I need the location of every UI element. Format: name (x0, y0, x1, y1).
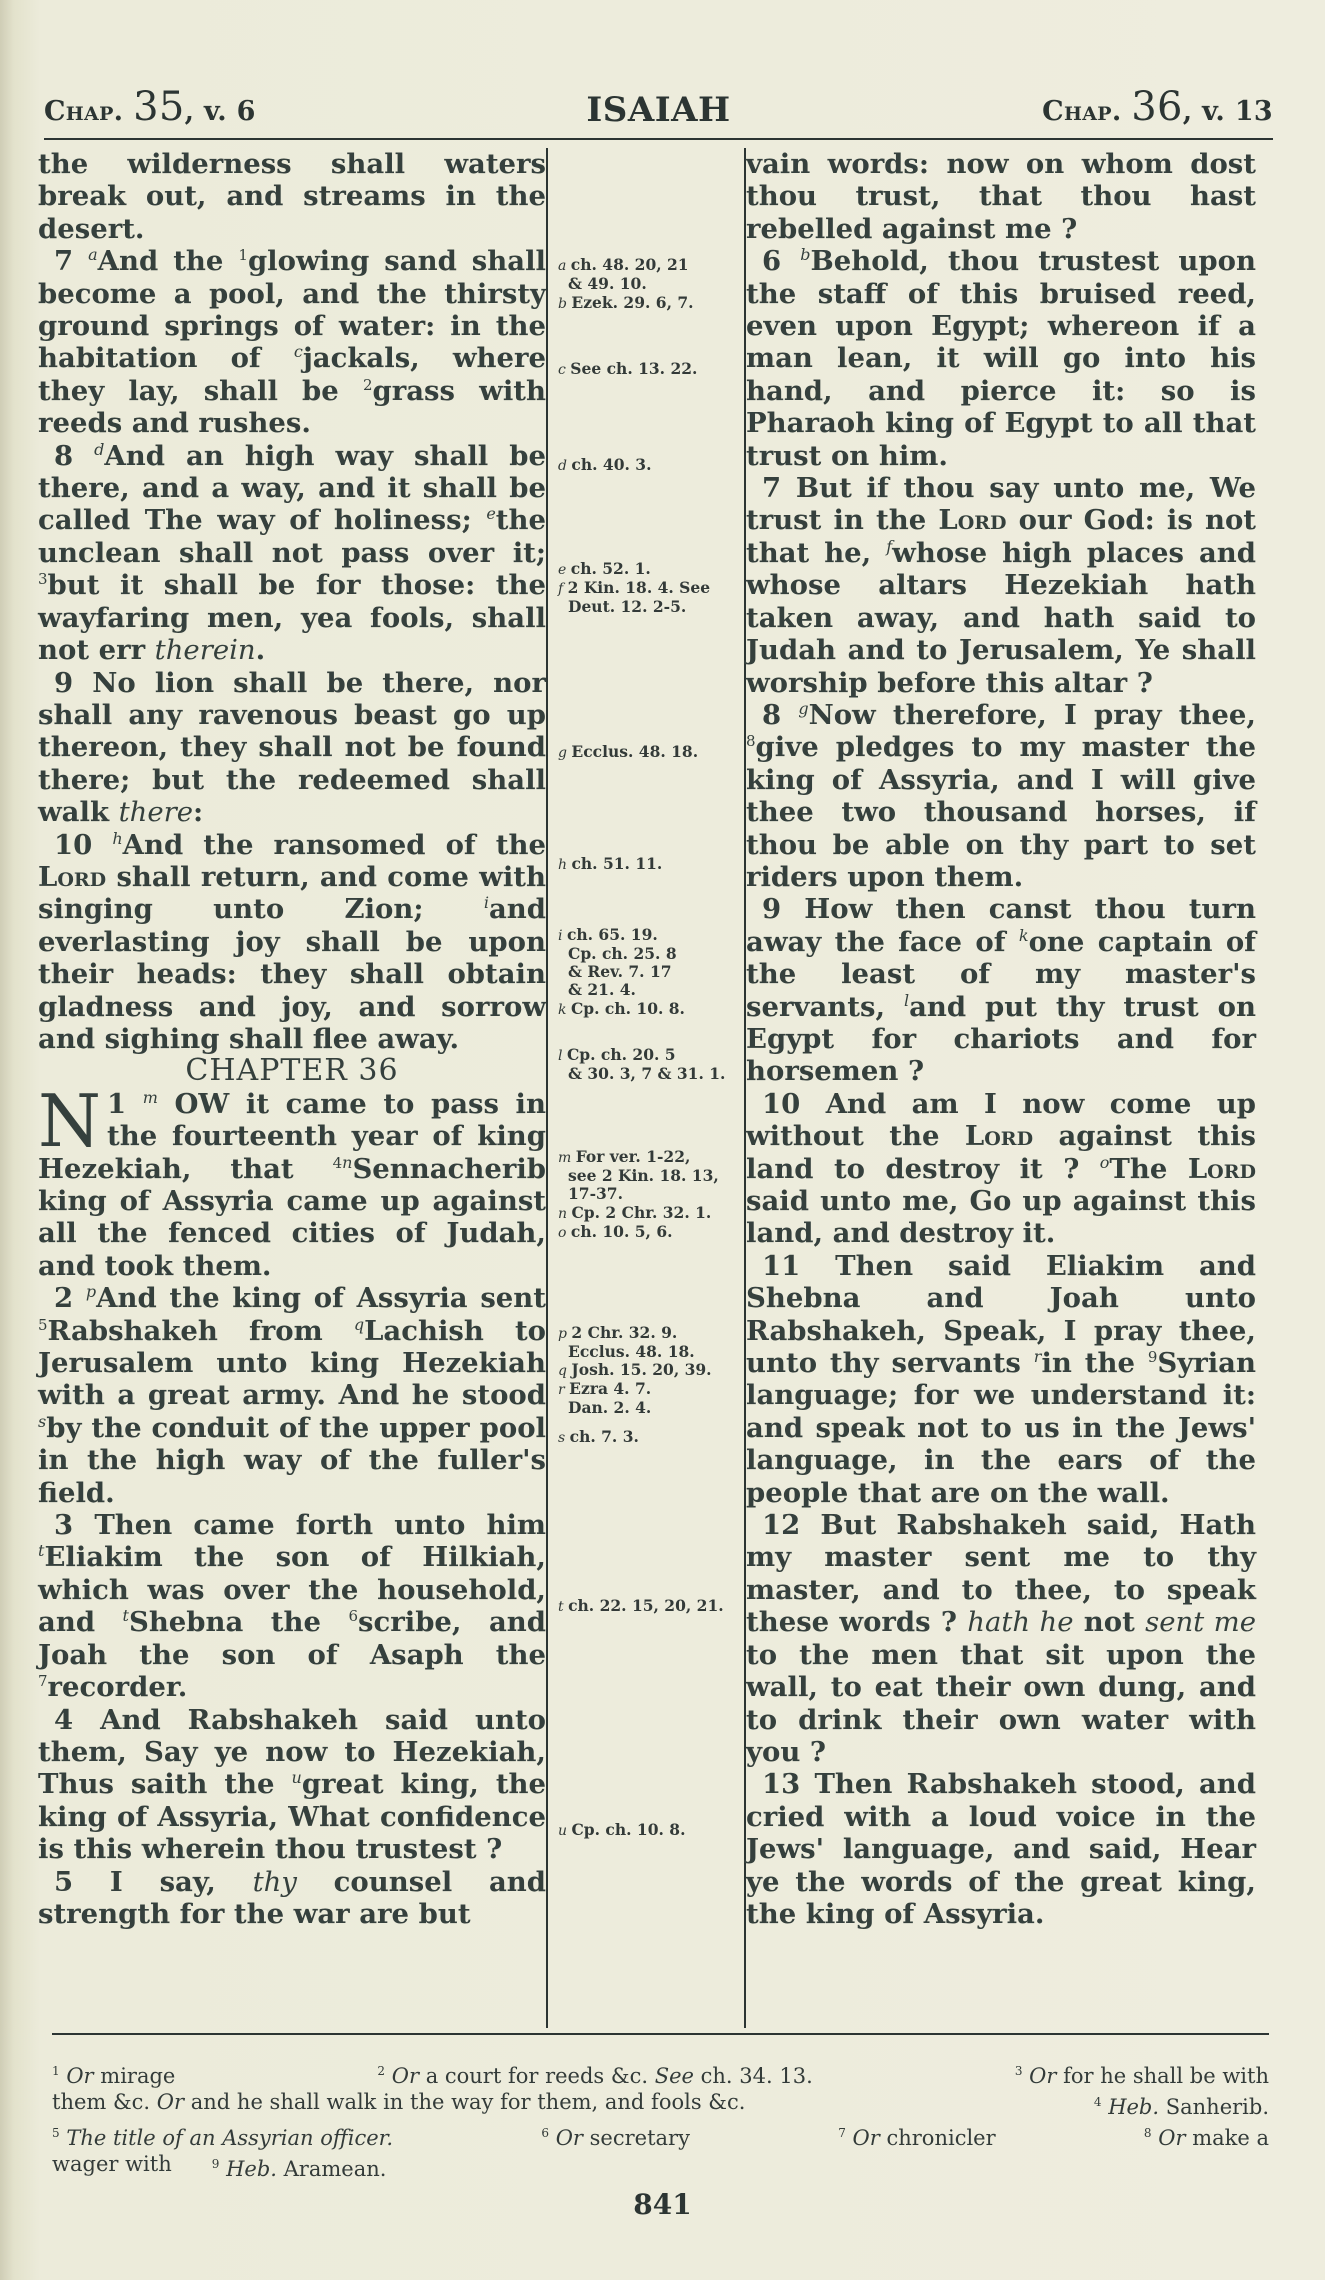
footnote-3-cont: them &c. Or and he shall walk in the way… (52, 2089, 745, 2120)
cross-reference-mark: r (558, 1382, 569, 1398)
cross-reference-mark: e (558, 562, 571, 578)
footnote-row: wager with 9 Heb. Aramean. (52, 2151, 1269, 2182)
cross-reference: i ch. 65. 19.Cp. ch. 25. 8& Rev. 7. 17& … (558, 926, 740, 999)
verse-35-7: 7 aAnd the 1glowing sand shall become a … (38, 245, 546, 439)
cross-reference: k Cp. ch. 10. 8. (558, 1000, 740, 1019)
chapter-number: 36 (1131, 84, 1183, 130)
verse-35-9: 9 No lion shall be there, nor shall any … (38, 667, 546, 829)
cross-reference-mark: f (558, 581, 568, 597)
cross-reference-mark: p (558, 1326, 571, 1342)
cross-reference: t ch. 22. 15, 20, 21. (558, 1597, 740, 1616)
cross-reference-mark: m (558, 1150, 576, 1166)
cross-reference-mark: t (558, 1599, 568, 1615)
verse-36-2: 2 pAnd the king of Assyria sent 5Rabshak… (38, 1282, 546, 1509)
chapter-prefix: Chap. (1042, 96, 1121, 127)
footnote-9: 9 Heb. Aramean. (212, 2151, 387, 2182)
drop-cap: N (38, 1092, 101, 1150)
verse-ref: v. 6 (204, 96, 256, 127)
book-title: ISAIAH (586, 90, 730, 130)
left-text-column: the wilderness shall waters break out, a… (38, 148, 546, 2028)
cross-reference: m For ver. 1-22,see 2 Kin. 18. 13,17-37. (558, 1148, 740, 1203)
verse-36-9: 9 How then canst thou turn away the face… (746, 893, 1256, 1087)
footnote-rule (52, 2033, 1269, 2035)
running-head-right: Chap. 36, v. 13 (1042, 84, 1273, 130)
verse-36-10: 10 And am I now come up without the Lord… (746, 1088, 1256, 1250)
cross-reference-mark: k (558, 1002, 571, 1018)
cross-reference: u Cp. ch. 10. 8. (558, 1821, 740, 1840)
verse-35-8: 8 dAnd an high way shall be there, and a… (38, 440, 546, 667)
cross-reference-mark: g (558, 745, 571, 761)
cross-reference-mark: h (558, 857, 571, 873)
footnote-row: 5 The title of an Assyrian officer. 6 Or… (52, 2120, 1269, 2151)
verse-35-10: 10 hAnd the ransomed of the Lord shall r… (38, 829, 546, 1056)
verse-36-3: 3 Then came forth unto him tEliakim the … (38, 1509, 546, 1703)
cross-reference-mark: l (558, 1048, 567, 1064)
running-head-left: Chap. 35, v. 6 (44, 84, 256, 130)
cross-reference: q Josh. 15. 20, 39. (558, 1361, 740, 1380)
cross-reference-mark: i (558, 928, 567, 944)
cross-reference-mark: b (558, 296, 571, 312)
verse-36-11: 11 Then said Eliakim and Shebna and Joah… (746, 1250, 1256, 1509)
cross-reference-mark: o (558, 1225, 571, 1241)
cross-reference-mark: q (558, 1363, 571, 1379)
cross-reference: r Ezra 4. 7.Dan. 2. 4. (558, 1380, 740, 1417)
cross-reference: s ch. 7. 3. (558, 1428, 740, 1447)
footnote-1: 1 Or mirage (52, 2058, 175, 2089)
cross-reference: g Ecclus. 48. 18. (558, 743, 740, 762)
cross-reference-mark: s (558, 1430, 570, 1446)
footnote-6: 6 Or secretary (541, 2120, 690, 2151)
cross-reference-mark: a (558, 258, 571, 274)
footnote-row: 1 Or mirage 2 Or a court for reeds &c. S… (52, 2058, 1269, 2089)
verse-36-7: 7 But if thou say unto me, We trust in t… (746, 472, 1256, 699)
cross-reference: e ch. 52. 1. (558, 560, 740, 579)
footnote-8: 8 Or make a (1144, 2120, 1269, 2151)
cross-reference: h ch. 51. 11. (558, 855, 740, 874)
verse-ref: v. 13 (1202, 96, 1273, 127)
footnote-3: 3 Or for he shall be with (1015, 2058, 1269, 2089)
footnote-row: them &c. Or and he shall walk in the way… (52, 2089, 1269, 2120)
cross-reference: f 2 Kin. 18. 4. SeeDeut. 12. 2-5. (558, 579, 740, 616)
cross-reference: p 2 Chr. 32. 9.Ecclus. 48. 18. (558, 1324, 740, 1361)
verse-36-13: 13 Then Rabshakeh stood, and cried with … (746, 1768, 1256, 1930)
cross-reference: o ch. 10. 5, 6. (558, 1223, 740, 1242)
running-head: Chap. 35, v. 6 ISAIAH Chap. 36, v. 13 (44, 78, 1273, 130)
cross-reference-mark: d (558, 458, 571, 474)
verse-continuation: the wilderness shall waters break out, a… (38, 148, 546, 245)
verse-36-5: 5 I say, thy counsel and strength for th… (38, 1866, 546, 1931)
verse-36-4: 4 And Rabshakeh said unto them, Say ye n… (38, 1704, 546, 1866)
bible-page: Chap. 35, v. 6 ISAIAH Chap. 36, v. 13 th… (0, 0, 1325, 2280)
cross-reference-column: a ch. 48. 20, 21& 49. 10.b Ezek. 29. 6, … (546, 148, 746, 2028)
verse-36-1: 1 m NOW it came to pass in the fourteent… (38, 1088, 546, 1282)
cross-reference: n Cp. 2 Chr. 32. 1. (558, 1204, 740, 1223)
cross-reference: c See ch. 13. 22. (558, 360, 740, 379)
cross-reference: d ch. 40. 3. (558, 456, 740, 475)
chapter-number: 35 (133, 84, 185, 130)
footnote-8-cont: wager with (52, 2151, 172, 2182)
verse-36-6: 6 bBehold, thou trustest upon the staff … (746, 245, 1256, 472)
chapter-prefix: Chap. (44, 96, 123, 127)
cross-reference: a ch. 48. 20, 21& 49. 10. (558, 256, 740, 293)
footnote-5: 5 The title of an Assyrian officer. (52, 2120, 393, 2151)
header-rule (44, 138, 1273, 140)
verse-36-12: 12 But Rabshakeh said, Hath my master se… (746, 1509, 1256, 1768)
footnotes: 1 Or mirage 2 Or a court for reeds &c. S… (52, 2058, 1269, 2182)
cross-reference-mark: c (558, 362, 570, 378)
verse-continuation: vain words: now on whom dost thou trust,… (746, 148, 1256, 245)
cross-reference-mark: u (558, 1823, 571, 1839)
right-text-column: vain words: now on whom dost thou trust,… (746, 148, 1256, 2028)
footnote-4: 4 Heb. Sanherib. (1094, 2089, 1269, 2120)
cross-reference: b Ezek. 29. 6, 7. (558, 294, 740, 313)
page-number: 841 (0, 2188, 1325, 2221)
footnote-7: 7 Or chronicler (838, 2120, 995, 2151)
verse-36-8: 8 gNow therefore, I pray thee, 8give ple… (746, 699, 1256, 893)
chapter-heading: CHAPTER 36 (38, 1055, 546, 1087)
footnote-2: 2 Or a court for reeds &c. See ch. 34. 1… (377, 2058, 812, 2089)
cross-reference-mark: n (558, 1206, 571, 1222)
cross-reference: l Cp. ch. 20. 5& 30. 3, 7 & 31. 1. (558, 1046, 740, 1083)
